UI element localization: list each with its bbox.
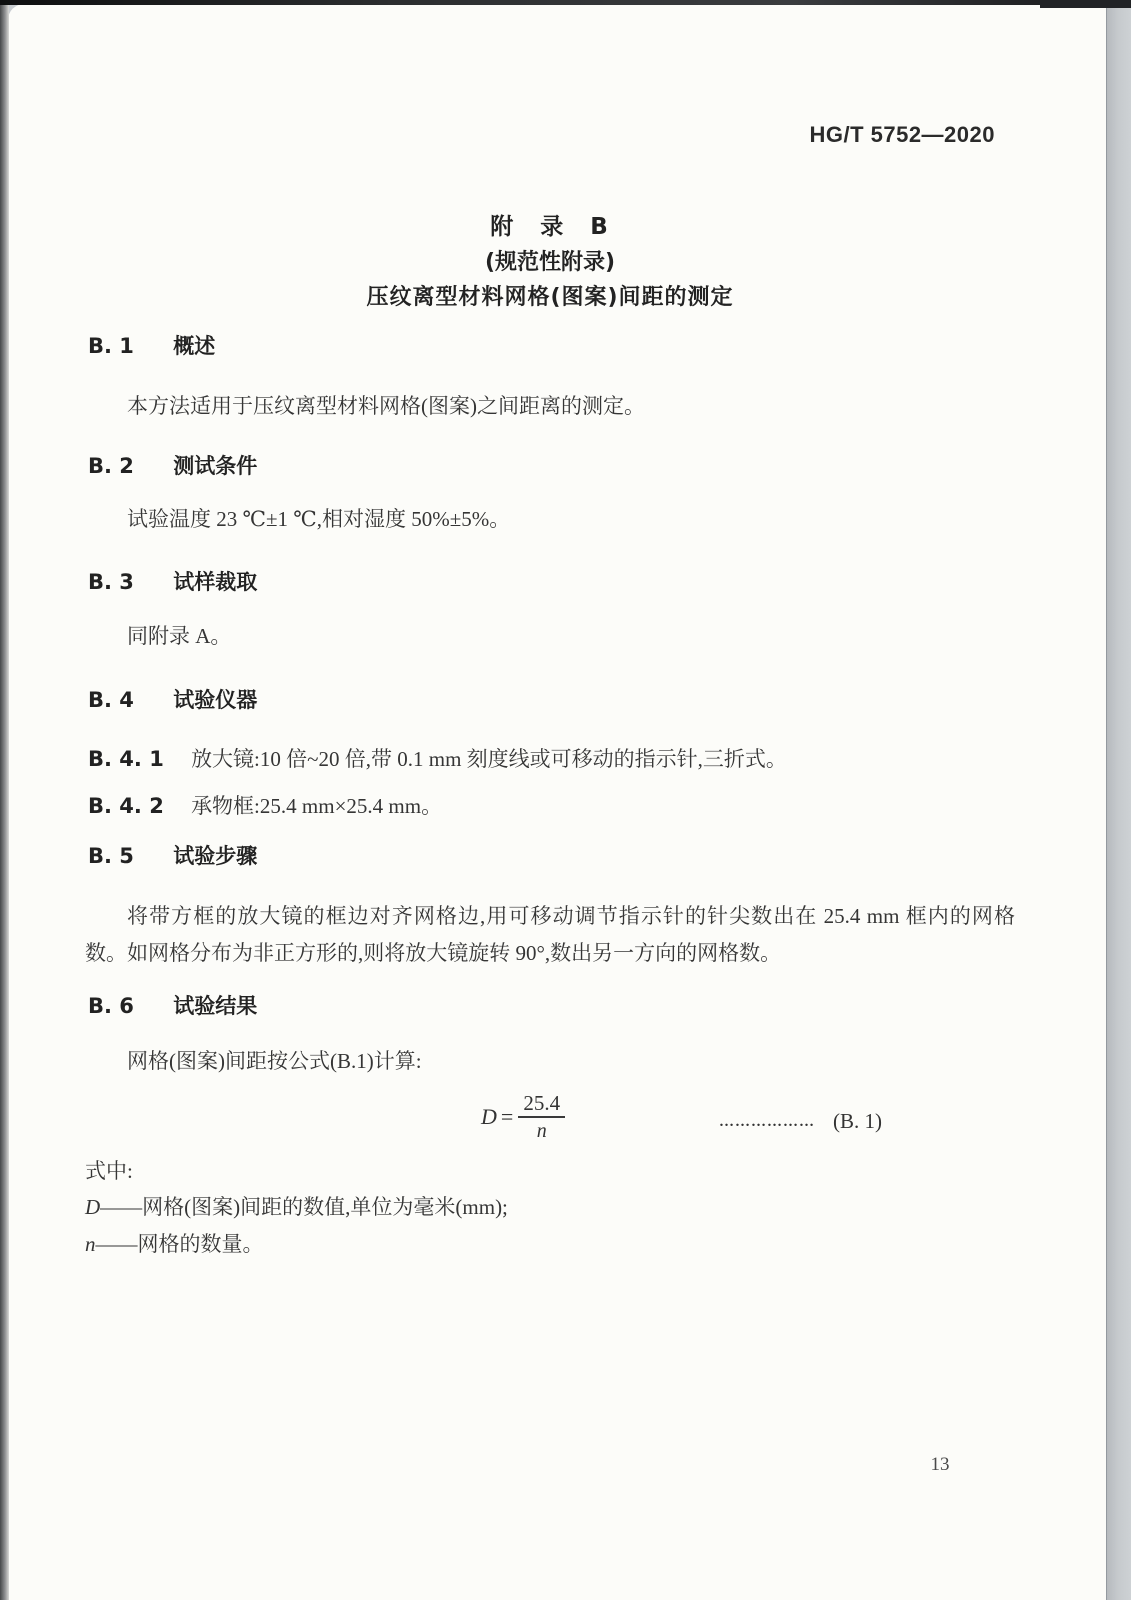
formula-lhs: D <box>481 1104 497 1130</box>
definition-symbol: n <box>85 1232 96 1256</box>
definition-symbol: D <box>85 1195 100 1219</box>
formula-leader-dots: ……………… <box>719 1114 815 1130</box>
definition-text: 网格的数量。 <box>138 1232 264 1256</box>
section-title: 试样裁取 <box>173 568 257 596</box>
paragraph-b6-intro: 网格(图案)间距按公式(B.1)计算: <box>85 1047 1015 1075</box>
clause-b4-2: B. 4. 2 承物框:25.4 mm×25.4 mm。 <box>88 792 1018 820</box>
definition-separator: —— <box>100 1195 142 1219</box>
definition-D: D——网格(图案)间距的数值,单位为毫米(mm); <box>85 1193 1015 1221</box>
section-title: 试验结果 <box>173 992 257 1020</box>
section-heading-b1: B. 1 概述 <box>88 332 215 360</box>
appendix-title-block: 附 录 B (规范性附录) 压纹离型材料网格(图案)间距的测定 <box>85 210 1015 315</box>
fraction-numerator: 25.4 <box>518 1093 565 1118</box>
definition-n: n——网格的数量。 <box>85 1230 1015 1258</box>
clause-number: B. 4. 2 <box>88 794 164 818</box>
definition-separator: —— <box>96 1232 138 1256</box>
document-content: HG/T 5752—2020 附 录 B (规范性附录) 压纹离型材料网格(图案… <box>0 0 1131 1600</box>
section-title: 试验仪器 <box>173 686 257 714</box>
section-title: 测试条件 <box>173 452 257 480</box>
definition-text: 网格(图案)间距的数值,单位为毫米(mm); <box>142 1195 508 1219</box>
section-number: B. 4 <box>88 686 134 714</box>
clause-number: B. 4. 1 <box>88 747 164 771</box>
section-title: 试验步骤 <box>173 842 257 870</box>
section-heading-b6: B. 6 试验结果 <box>88 992 257 1020</box>
clause-b4-1: B. 4. 1 放大镜:10 倍~20 倍,带 0.1 mm 刻度线或可移动的指… <box>88 745 1018 773</box>
section-number: B. 5 <box>88 842 134 870</box>
formula-reference: ……………… (B. 1) <box>719 1109 882 1134</box>
fraction-denominator: n <box>537 1118 547 1141</box>
standard-number: HG/T 5752—2020 <box>809 122 995 148</box>
section-number: B. 1 <box>88 332 134 360</box>
appendix-subtitle: (规范性附录) <box>85 245 1015 280</box>
section-heading-b3: B. 3 试样裁取 <box>88 568 257 596</box>
section-number: B. 6 <box>88 992 134 1020</box>
clause-text: 放大镜:10 倍~20 倍,带 0.1 mm 刻度线或可移动的指示针,三折式。 <box>191 747 787 771</box>
paragraph-b5: 将带方框的放大镜的框边对齐网格边,用可移动调节指示针的针尖数出在 25.4 mm… <box>85 898 1015 972</box>
paragraph-b3: 同附录 A。 <box>85 622 1015 650</box>
section-number: B. 2 <box>88 452 134 480</box>
formula-equals: = <box>501 1104 513 1130</box>
page-number: 13 <box>900 1454 980 1476</box>
formula-fraction: 25.4 n <box>518 1093 565 1141</box>
section-heading-b2: B. 2 测试条件 <box>88 452 257 480</box>
section-heading-b4: B. 4 试验仪器 <box>88 686 257 714</box>
section-heading-b5: B. 5 试验步骤 <box>88 842 257 870</box>
formula-label: (B. 1) <box>833 1109 882 1133</box>
where-label: 式中: <box>85 1157 133 1185</box>
clause-text: 承物框:25.4 mm×25.4 mm。 <box>191 794 442 818</box>
formula-expression: D = 25.4 n <box>481 1093 565 1141</box>
appendix-title: 附 录 B <box>85 210 1015 245</box>
section-number: B. 3 <box>88 568 134 596</box>
formula-b1: D = 25.4 n ……………… (B. 1) <box>85 1085 1015 1157</box>
paragraph-b2: 试验温度 23 ℃±1 ℃,相对湿度 50%±5%。 <box>85 505 1015 533</box>
section-title: 概述 <box>173 332 215 360</box>
appendix-name: 压纹离型材料网格(图案)间距的测定 <box>85 280 1015 315</box>
paragraph-b1: 本方法适用于压纹离型材料网格(图案)之间距离的测定。 <box>85 392 1015 420</box>
